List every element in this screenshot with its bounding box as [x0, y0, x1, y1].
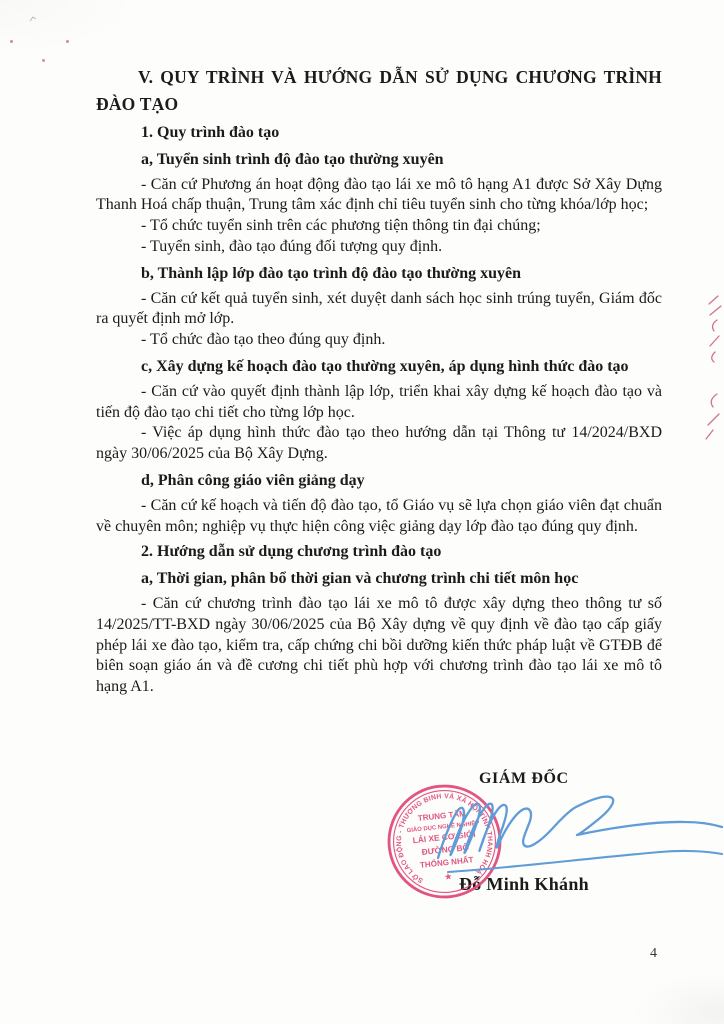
- doc-heading: 1. Quy trình đào tạo: [96, 123, 662, 144]
- doc-title-line-1: V. QUY TRÌNH VÀ HƯỚNG DẪN SỬ DỤNG CHƯƠNG…: [96, 64, 662, 91]
- doc-heading: a, Tuyển sinh trình độ đào tạo thường xu…: [96, 150, 662, 171]
- doc-heading: 2. Hướng dẫn sử dụng chương trình đào tạ…: [96, 542, 662, 563]
- doc-paragraph: - Căn cứ Phương án hoạt động đào tạo lái…: [96, 175, 662, 217]
- ink-speck: [66, 40, 69, 43]
- doc-heading: c, Xây dựng kế hoạch đào tạo thường xuyê…: [96, 357, 662, 378]
- doc-paragraph: - Căn cứ vào quyết định thành lập lớp, t…: [96, 382, 662, 424]
- doc-heading: a, Thời gian, phân bổ thời gian và chươn…: [96, 569, 662, 590]
- doc-heading: d, Phân công giáo viên giảng dạy: [96, 471, 662, 492]
- document-body: V. QUY TRÌNH VÀ HƯỚNG DẪN SỬ DỤNG CHƯƠNG…: [96, 64, 662, 698]
- doc-paragraph: - Việc áp dụng hình thức đào tạo theo hư…: [96, 423, 662, 465]
- doc-paragraph: - Căn cứ kết quả tuyển sinh, xét duyệt d…: [96, 289, 662, 331]
- page-number: 4: [650, 946, 657, 962]
- doc-paragraph: - Căn cứ chương trình đào tạo lái xe mô …: [96, 594, 662, 698]
- ink-speck: [42, 59, 45, 62]
- scan-mark: [28, 14, 38, 24]
- doc-paragraph: - Tuyển sinh, đào tạo đúng đối tượng quy…: [96, 237, 662, 258]
- signature-ink: [330, 778, 724, 910]
- doc-heading: b, Thành lập lớp đào tạo trình độ đào tạ…: [96, 264, 662, 285]
- margin-marks: [700, 292, 724, 442]
- doc-paragraph: - Tổ chức đào tạo theo đúng quy định.: [96, 330, 662, 351]
- document-page: V. QUY TRÌNH VÀ HƯỚNG DẪN SỬ DỤNG CHƯƠNG…: [0, 0, 724, 1024]
- doc-title-line-2: ĐÀO TẠO: [96, 91, 662, 118]
- doc-paragraph: - Căn cứ kế hoạch và tiến độ đào tạo, tổ…: [96, 496, 662, 538]
- doc-paragraph: - Tổ chức tuyển sinh trên các phương tiệ…: [96, 216, 662, 237]
- ink-speck: [10, 40, 13, 43]
